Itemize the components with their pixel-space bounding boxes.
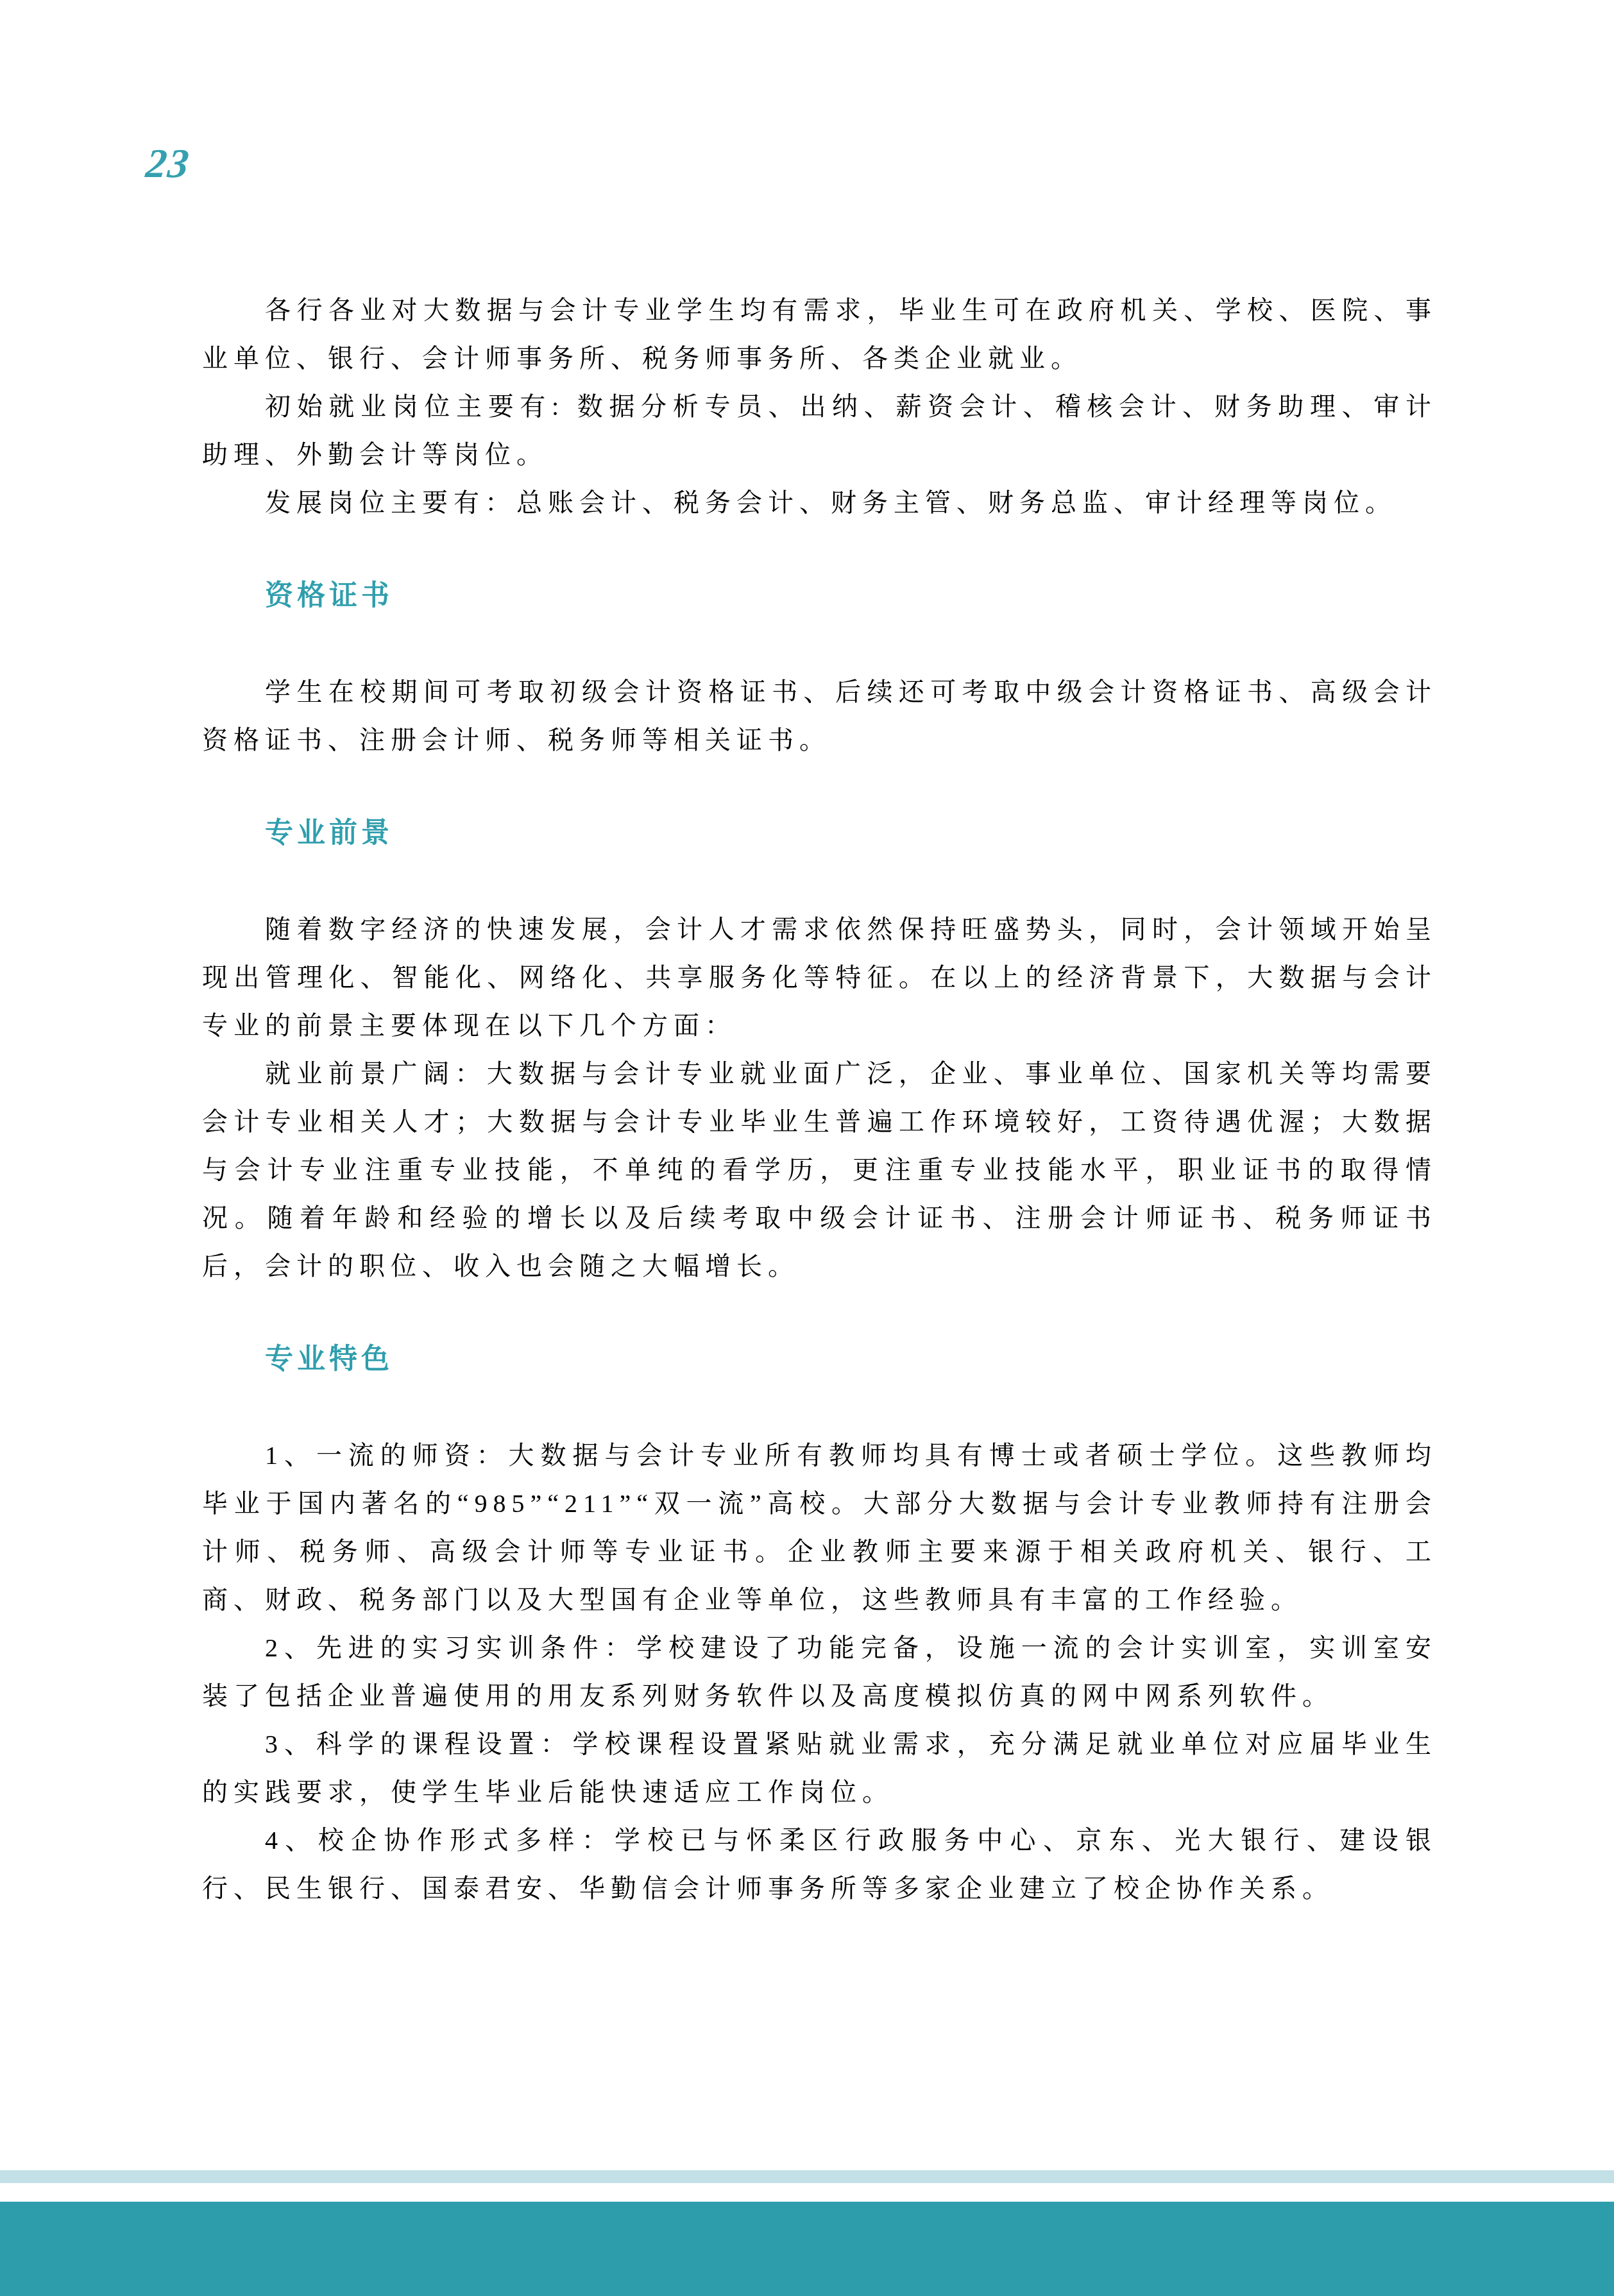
- body-paragraph: 1、一流的师资：大数据与会计专业所有教师均具有博士或者硕士学位。这些教师均毕业于…: [202, 1431, 1437, 1624]
- body-paragraph: 4、校企协作形式多样：学校已与怀柔区行政服务中心、京东、光大银行、建设银行、民生…: [202, 1816, 1437, 1912]
- section-heading: 专业特色: [265, 1335, 1437, 1383]
- body-paragraph: 各行各业对大数据与会计专业学生均有需求，毕业生可在政府机关、学校、医院、事业单位…: [202, 286, 1437, 382]
- footer-dark-band: [0, 2202, 1614, 2296]
- body-paragraph: 学生在校期间可考取初级会计资格证书、后续还可考取中级会计资格证书、高级会计资格证…: [202, 668, 1437, 764]
- page-content: 各行各业对大数据与会计专业学生均有需求，毕业生可在政府机关、学校、医院、事业单位…: [202, 286, 1437, 1912]
- body-paragraph: 2、先进的实习实训条件：学校建设了功能完备，设施一流的会计实训室，实训室安装了包…: [202, 1624, 1437, 1720]
- document-page: 23 各行各业对大数据与会计专业学生均有需求，毕业生可在政府机关、学校、医院、事…: [0, 0, 1614, 2296]
- body-paragraph: 3、科学的课程设置：学校课程设置紧贴就业需求，充分满足就业单位对应届毕业生的实践…: [202, 1720, 1437, 1816]
- body-paragraph: 随着数字经济的快速发展，会计人才需求依然保持旺盛势头，同时，会计领域开始呈现出管…: [202, 905, 1437, 1050]
- body-paragraph: 就业前景广阔：大数据与会计专业就业面广泛，企业、事业单位、国家机关等均需要会计专…: [202, 1050, 1437, 1290]
- section-heading: 资格证书: [265, 572, 1437, 620]
- body-paragraph: 初始就业岗位主要有: 数据分析专员、出纳、薪资会计、稽核会计、财务助理、审计助理…: [202, 382, 1437, 479]
- footer-light-band: [0, 2170, 1614, 2183]
- section-heading: 专业前景: [265, 809, 1437, 857]
- page-number: 23: [144, 140, 192, 187]
- body-paragraph: 发展岗位主要有：总账会计、税务会计、财务主管、财务总监、审计经理等岗位。: [202, 479, 1437, 527]
